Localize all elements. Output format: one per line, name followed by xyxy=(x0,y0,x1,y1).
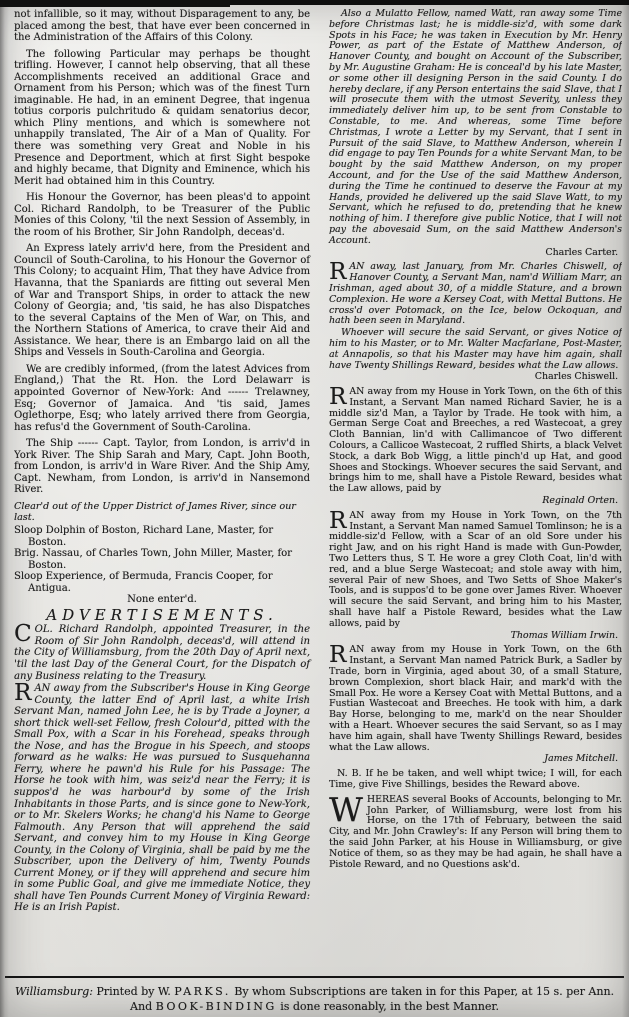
footer-bookbinding-line: And BOOK-BINDING is done reasonably, in … xyxy=(5,1000,624,1015)
dropcap-letter: C xyxy=(14,624,35,644)
advertisement: RAN away from the Subscriber's House in … xyxy=(14,683,310,914)
advertisement: WHEREAS several Books of Accounts, belon… xyxy=(329,795,622,871)
news-paragraph: We are credibly informed, (from the late… xyxy=(14,364,310,433)
news-paragraph: His Honour the Governor, has been pleas'… xyxy=(14,192,310,238)
news-paragraph: not infallible, so it may, without Dispa… xyxy=(14,9,310,44)
ad-signature: Charles Carter. xyxy=(329,248,618,259)
dropcap-letter: R xyxy=(329,645,349,665)
dropcap-letter: R xyxy=(14,683,34,703)
advertisement: RAN away from my House in York Town, on … xyxy=(329,511,622,642)
footer-imprint: Williamsburg: Printed by W. PARKS. By wh… xyxy=(5,985,624,1000)
ad-text: COL. Richard Randolph, appointed Treasur… xyxy=(14,624,310,682)
ad-signature: Thomas William Irwin. xyxy=(329,631,618,642)
ad-signature: Reginald Orten. xyxy=(329,496,618,507)
advertisement: RAN away, last January, from Mr. Charles… xyxy=(329,262,622,383)
footer-subscription-note: By whom Subscriptions are taken in for t… xyxy=(234,985,614,998)
ad-text: RAN away from my House in York Town, on … xyxy=(329,511,622,630)
advertisement: COL. Richard Randolph, appointed Treasur… xyxy=(14,624,310,682)
ad-text: RAN away from my House in York Town, on … xyxy=(329,645,622,753)
footer-printer-name: PARKS. xyxy=(174,985,230,998)
dropcap-letter: R xyxy=(329,511,349,531)
ad-text: WHEREAS several Books of Accounts, belon… xyxy=(329,795,622,871)
shipping-entry: Sloop Experience, of Bermuda, Francis Co… xyxy=(14,571,310,594)
left-column: not infallible, so it may, without Dispa… xyxy=(14,9,310,960)
footer-line2-prefix: And xyxy=(130,1000,152,1013)
ad-body-text: OL. Richard Randolph, appointed Treasure… xyxy=(14,624,310,681)
scan-edge-top xyxy=(0,0,629,5)
ad-body-text: AN away from my House in York Town, on t… xyxy=(329,510,622,629)
shipping-entry: Sloop Dolphin of Boston, Richard Lane, M… xyxy=(14,525,310,548)
scan-edge-right xyxy=(622,0,629,1017)
ad-text: RAN away, last January, from Mr. Charles… xyxy=(329,262,622,327)
ad-signature: Charles Chiswell. xyxy=(329,372,618,383)
advertisement: Also a Mulatto Fellow, named Watt, ran a… xyxy=(329,9,622,258)
ad-text: RAN away from my House in York Town, on … xyxy=(329,387,622,495)
page-footer: Williamsburg: Printed by W. PARKS. By wh… xyxy=(5,976,624,1014)
shipping-entry: Brig. Nassau, of Charles Town, John Mill… xyxy=(14,548,310,571)
footer-line2-suffix: is done reasonably, in the best Manner. xyxy=(280,1000,499,1013)
news-paragraph: The following Particular may perhaps be … xyxy=(14,49,310,188)
ad-text: Also a Mulatto Fellow, named Watt, ran a… xyxy=(329,9,622,247)
dropcap-letter: R xyxy=(329,387,349,407)
news-paragraph: The Ship ------ Capt. Taylor, from Londo… xyxy=(14,438,310,496)
footer-place: Williamsburg: xyxy=(15,985,93,998)
ad-body-text: HEREAS several Books of Accounts, belong… xyxy=(329,794,622,870)
ad-body-text: AN away from my House in York Town, on t… xyxy=(329,644,622,752)
ad-body-text: AN away from the Subscriber's House in K… xyxy=(14,683,310,913)
dropcap-letter: W xyxy=(329,795,367,823)
shipping-heading: Clear'd out of the Upper District of Jam… xyxy=(14,501,310,524)
ad-text: Whoever will secure the said Servant, or… xyxy=(329,328,622,371)
news-paragraph: An Express lately arriv'd here, from the… xyxy=(14,243,310,358)
ad-body-text: AN away from my House in York Town, on t… xyxy=(329,386,622,494)
none-entered-note: None enter'd. xyxy=(14,594,310,606)
right-column: Also a Mulatto Fellow, named Watt, ran a… xyxy=(329,9,622,960)
ad-signature: James Mitchell. xyxy=(329,754,618,765)
advertisement: RAN away from my House in York Town, on … xyxy=(329,645,622,790)
newspaper-page: not infallible, so it may, without Dispa… xyxy=(0,0,629,1017)
footer-rule xyxy=(5,976,624,978)
footer-printed-by: Printed by W. xyxy=(96,985,170,998)
advertisement: RAN away from my House in York Town, on … xyxy=(329,387,622,507)
page-columns: not infallible, so it may, without Dispa… xyxy=(14,9,622,960)
scan-edge-left xyxy=(0,0,9,1017)
ad-text: RAN away from the Subscriber's House in … xyxy=(14,683,310,914)
dropcap-letter: R xyxy=(329,262,349,282)
ad-body-text: AN away, last January, from Mr. Charles … xyxy=(329,261,622,326)
footer-bookbinding-text: BOOK-BINDING xyxy=(156,1000,277,1013)
ad-postscript: N. B. If he be taken, and well whipt twi… xyxy=(329,769,622,791)
advertisements-header: ADVERTISEMENTS. xyxy=(14,610,310,622)
